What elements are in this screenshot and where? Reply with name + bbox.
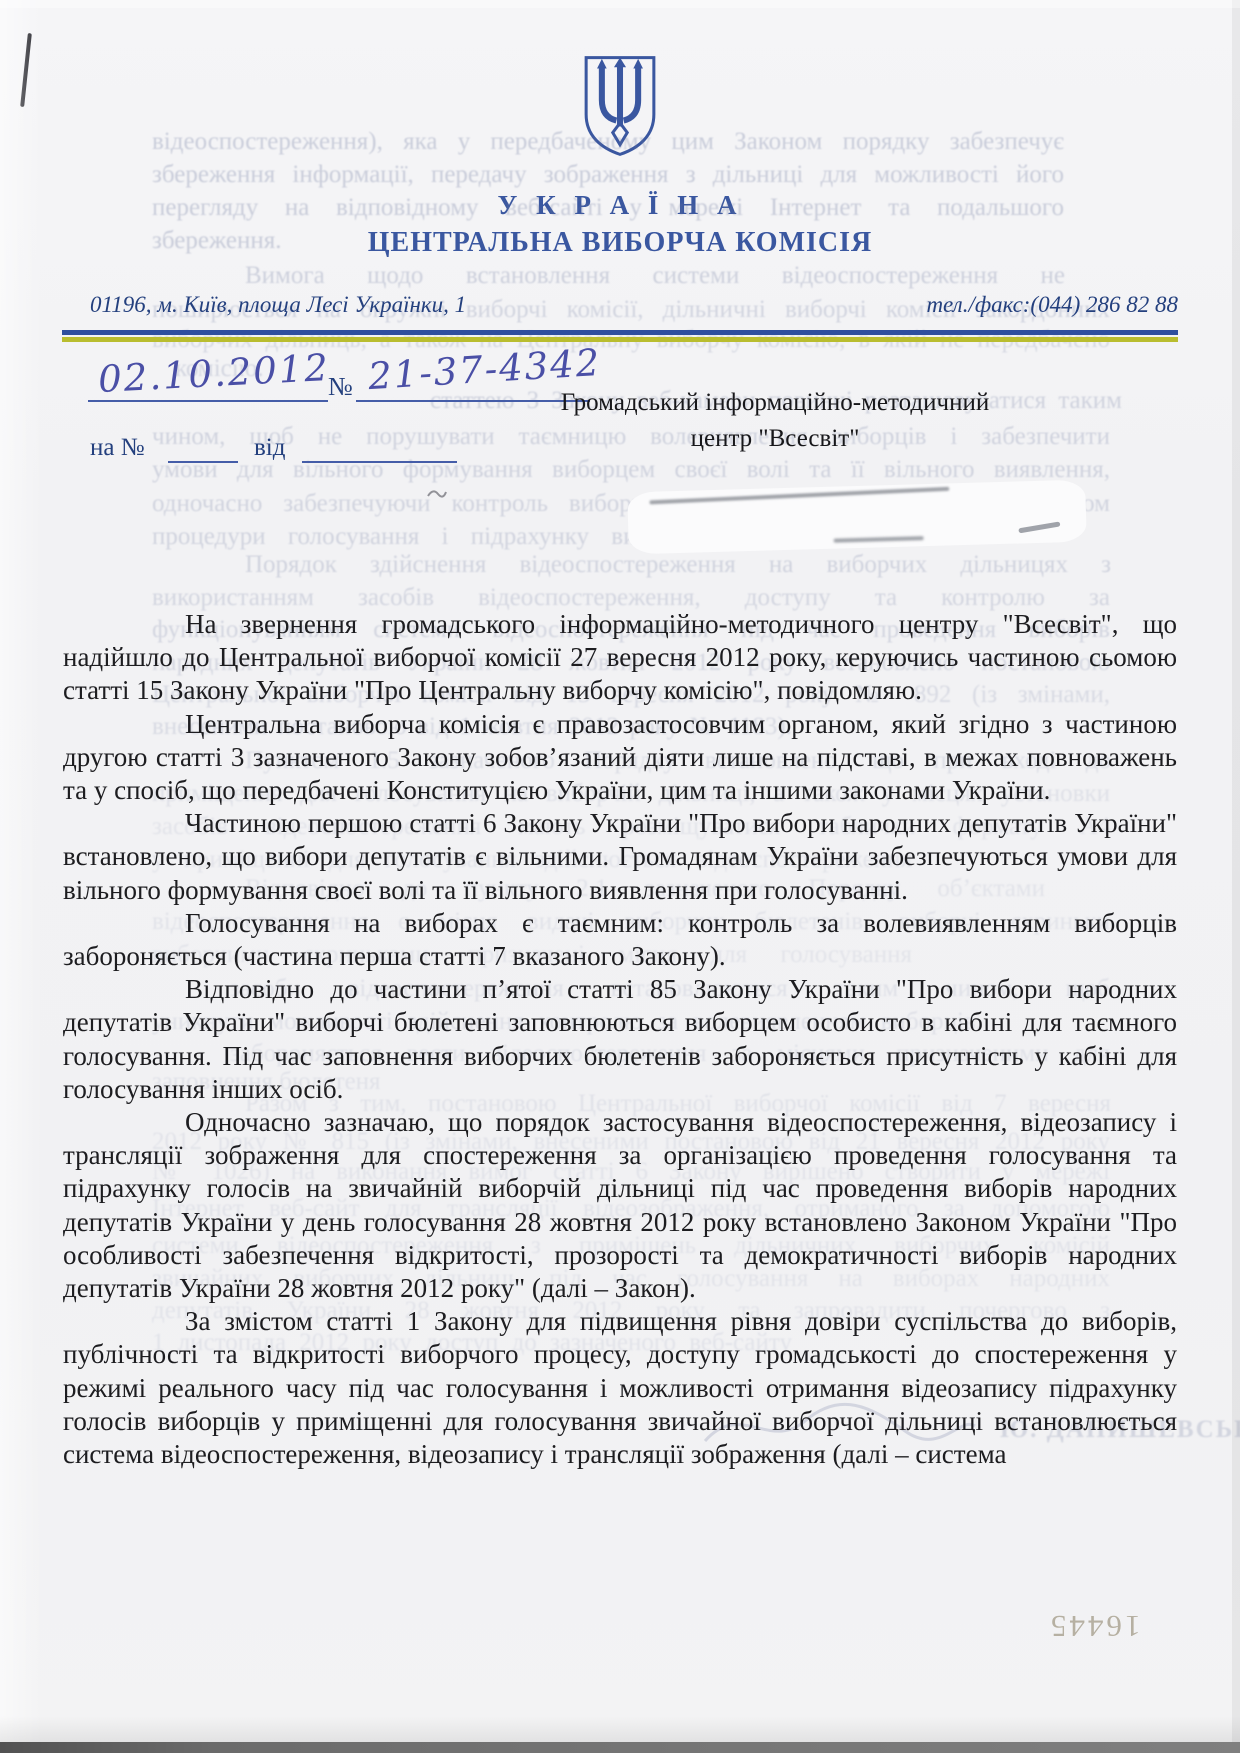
body-paragraph: На звернення громадського інформаційно-м… <box>63 608 1177 708</box>
number-underline <box>356 400 590 402</box>
body-paragraph: Голосування на виборах є таємним: контро… <box>63 907 1177 973</box>
number-sign: № <box>328 372 353 402</box>
body-paragraph: Одночасно зазначаю, що порядок застосува… <box>63 1106 1177 1305</box>
letter-body: На звернення громадського інформаційно-м… <box>63 608 1177 1471</box>
date-underline <box>88 400 328 402</box>
recipient-block: Громадський інформаційно-методичний цент… <box>560 385 990 457</box>
from-date-underline <box>302 461 457 463</box>
recipient-line2: центр "Всесвіт" <box>560 421 990 457</box>
scan-edge-bottom <box>0 1742 1240 1753</box>
handwritten-date: 02.10.2012 <box>97 346 331 401</box>
body-paragraph: Відповідно до частини п’ятої статті 85 З… <box>63 973 1177 1106</box>
recipient-line1: Громадський інформаційно-методичний <box>560 385 990 421</box>
body-paragraph: Центральна виборча комісія є правозастос… <box>63 708 1177 808</box>
body-paragraph: Частиною першою статті 6 Закону України … <box>63 807 1177 907</box>
from-date-label: від <box>254 434 285 462</box>
body-paragraph: За змістом статті 1 Закону для підвищенн… <box>63 1305 1177 1471</box>
scanned-letter-page: відеоспостереження), яка у передбаченому… <box>0 0 1240 1753</box>
in-reply-to-underline <box>168 461 238 463</box>
small-pen-squiggle <box>426 485 448 506</box>
in-reply-to-label: на № <box>90 434 145 462</box>
